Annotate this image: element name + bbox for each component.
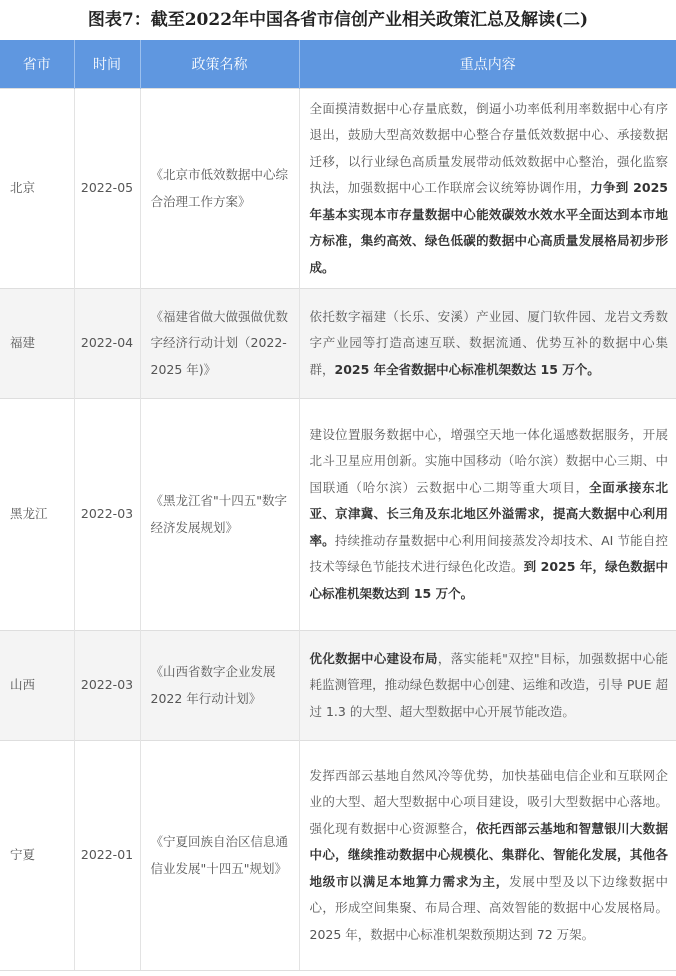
table-row: 北京 2022-05 《北京市低效数据中心综合治理工作方案》 全面摸清数据中心存… (0, 89, 676, 289)
date-cell: 2022-05 (74, 89, 140, 289)
policy-name-cell: 《黑龙江省"十四五"数字经济发展规划》 (140, 399, 299, 631)
province-cell: 福建 (0, 289, 74, 399)
province-cell: 北京 (0, 89, 74, 289)
table-row: 山西 2022-03 《山西省数字企业发展2022 年行动计划》 优化数据中心建… (0, 631, 676, 741)
province-cell: 黑龙江 (0, 399, 74, 631)
header-key-content: 重点内容 (299, 40, 676, 89)
header-policy-name: 政策名称 (140, 40, 299, 89)
policy-table: 省市 时间 政策名称 重点内容 北京 2022-05 《北京市低效数据中心综合治… (0, 40, 676, 971)
policy-name-cell: 《山西省数字企业发展2022 年行动计划》 (140, 631, 299, 741)
table-row: 黑龙江 2022-03 《黑龙江省"十四五"数字经济发展规划》 建设位置服务数据… (0, 399, 676, 631)
header-province: 省市 (0, 40, 74, 89)
table-row: 福建 2022-04 《福建省做大做强做优数字经济行动计划（2022-2025 … (0, 289, 676, 399)
key-content-cell: 建设位置服务数据中心，增强空天地一体化遥感数据服务，开展北斗卫星应用创新。实施中… (299, 399, 676, 631)
date-cell: 2022-03 (74, 631, 140, 741)
key-content-cell: 优化数据中心建设布局，落实能耗"双控"目标，加强数据中心能耗监测管理，推动绿色数… (299, 631, 676, 741)
policy-name-cell: 《北京市低效数据中心综合治理工作方案》 (140, 89, 299, 289)
date-cell: 2022-04 (74, 289, 140, 399)
content-text-bold: 2025 年全省数据中心标准机架数达 15 万个。 (335, 362, 600, 377)
table-row: 宁夏 2022-01 《宁夏回族自治区信息通信业发展"十四五"规划》 发挥西部云… (0, 741, 676, 971)
key-content-cell: 发挥西部云基地自然风冷等优势，加快基础电信企业和互联网企业的大型、超大型数据中心… (299, 741, 676, 971)
chart-title: 图表7：截至2022年中国各省市信创产业相关政策汇总及解读(二) (0, 0, 676, 40)
date-cell: 2022-01 (74, 741, 140, 971)
date-cell: 2022-03 (74, 399, 140, 631)
header-date: 时间 (74, 40, 140, 89)
province-cell: 山西 (0, 631, 74, 741)
content-text-bold: 优化数据中心建设布局 (310, 651, 438, 666)
key-content-cell: 全面摸清数据中心存量底数，倒逼小功率低利用率数据中心有序退出，鼓励大型高效数据中… (299, 89, 676, 289)
province-cell: 宁夏 (0, 741, 74, 971)
policy-name-cell: 《福建省做大做强做优数字经济行动计划（2022-2025 年)》 (140, 289, 299, 399)
key-content-cell: 依托数字福建（长乐、安溪）产业园、厦门软件园、龙岩文秀数字产业园等打造高速互联、… (299, 289, 676, 399)
policy-name-cell: 《宁夏回族自治区信息通信业发展"十四五"规划》 (140, 741, 299, 971)
table-header-row: 省市 时间 政策名称 重点内容 (0, 40, 676, 89)
